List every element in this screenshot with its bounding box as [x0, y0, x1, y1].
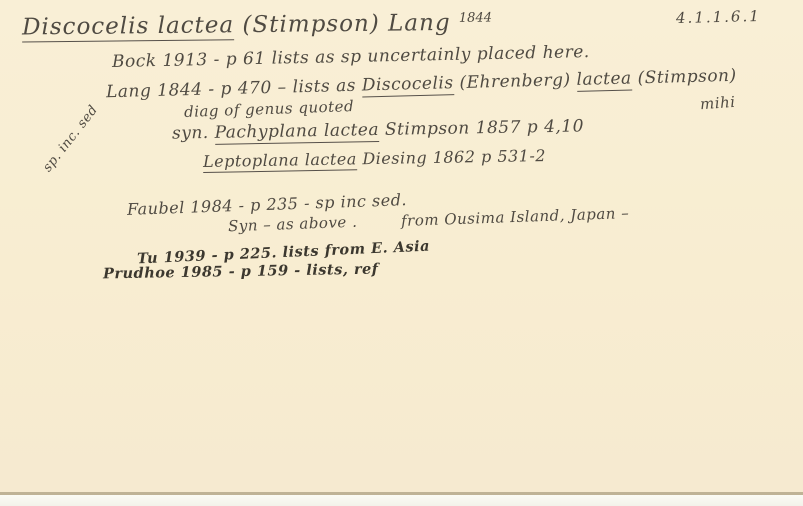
lang-entry-mid: (Ehrenberg) [453, 70, 577, 93]
entry-prudhoe-1985: Prudhoe 1985 - p 159 - lists, ref [103, 261, 379, 283]
entry-faubel-1984: Faubel 1984 - p 235 - sp inc sed. [127, 190, 408, 219]
syn2-citation: Diesing 1862 p 531-2 [357, 146, 547, 168]
catalog-number: 4.1.1.6.1 [676, 7, 761, 27]
index-card-paper: 4.1.1.6.1 Discocelis lactea (Stimpson) L… [0, 0, 803, 495]
entry-bock-1913: Bock 1913 - p 61 lists as sp uncertainly… [112, 42, 590, 72]
note-diag-of-genus: diag of genus quoted [184, 97, 355, 121]
lang-entry-genus: Discocelis [362, 73, 454, 97]
syn1-citation: Stimpson 1857 p 4,10 [379, 116, 584, 140]
lang-entry-suffix: (Stimpson) [631, 66, 736, 89]
margin-note-sp-inc-sed: sp. inc. sed [40, 103, 101, 175]
title-species-name: Discocelis lactea [22, 12, 234, 42]
syn-label: syn. [172, 123, 215, 144]
syn1-name: Pachyplana lactea [214, 120, 379, 145]
syn2-name: Leptoplana lactea [203, 149, 357, 173]
scan-background-strip [0, 495, 803, 506]
synonym-leptoplana: Leptoplana lactea Diesing 1862 p 531-2 [203, 146, 546, 171]
card-title: Discocelis lactea (Stimpson) Lang 1844 [22, 10, 492, 41]
note-mihi: mihi [699, 93, 736, 113]
title-authority: (Stimpson) Lang [234, 10, 459, 38]
note-syn-as-above: Syn – as above . [228, 213, 358, 236]
lang-entry-species: lactea [576, 68, 632, 91]
title-year: 1844 [459, 11, 492, 26]
entry-lang-1844: Lang 1844 - p 470 – lists as Discocelis … [106, 66, 737, 103]
synonym-pachyplana: syn. Pachyplana lactea Stimpson 1857 p 4… [172, 116, 584, 143]
note-locality: from Ousima Island, Japan – [401, 204, 630, 230]
scanned-index-card: 4.1.1.6.1 Discocelis lactea (Stimpson) L… [0, 0, 803, 506]
